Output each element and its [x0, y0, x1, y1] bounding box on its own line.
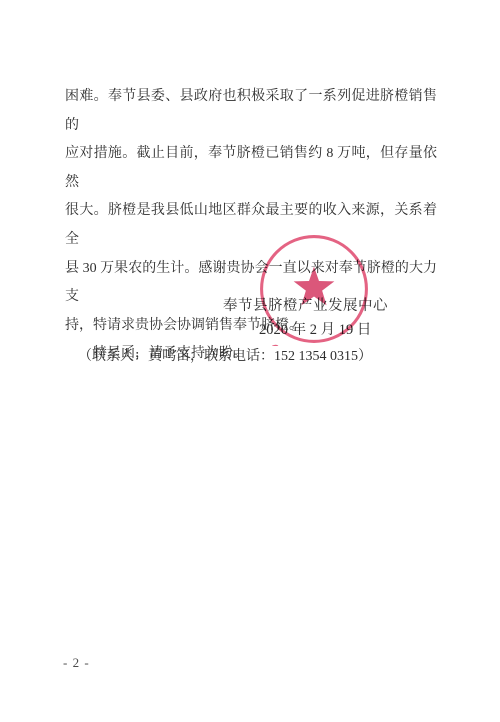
signature-date: 2020 年 2 月 19 日	[259, 318, 371, 339]
signature-organization: 奉节县脐橙产业发展中心	[223, 294, 388, 315]
body-line: 应对措施。截止目前，奉节脐橙已销售约 8 万吨，但存量依然	[65, 140, 437, 197]
body-line: 很大。脐橙是我县低山地区群众最主要的收入来源，关系着全	[65, 197, 437, 254]
letter-body: 困难。奉节县委、县政府也积极采取了一系列促进脐橙销售的 应对措施。截止目前，奉节…	[65, 83, 437, 369]
letter-page: 困难。奉节县委、县政府也积极采取了一系列促进脐橙销售的 应对措施。截止目前，奉节…	[0, 0, 500, 722]
page-number: - 2 -	[63, 655, 90, 671]
body-line: 持，特请求贵协会协调销售奉节脐橙。	[65, 312, 437, 341]
contact-line: （联系人：黄鸣笛，联系电话：152 1354 0315）	[78, 345, 372, 365]
body-line: 困难。奉节县委、县政府也积极采取了一系列促进脐橙销售的	[65, 83, 437, 140]
